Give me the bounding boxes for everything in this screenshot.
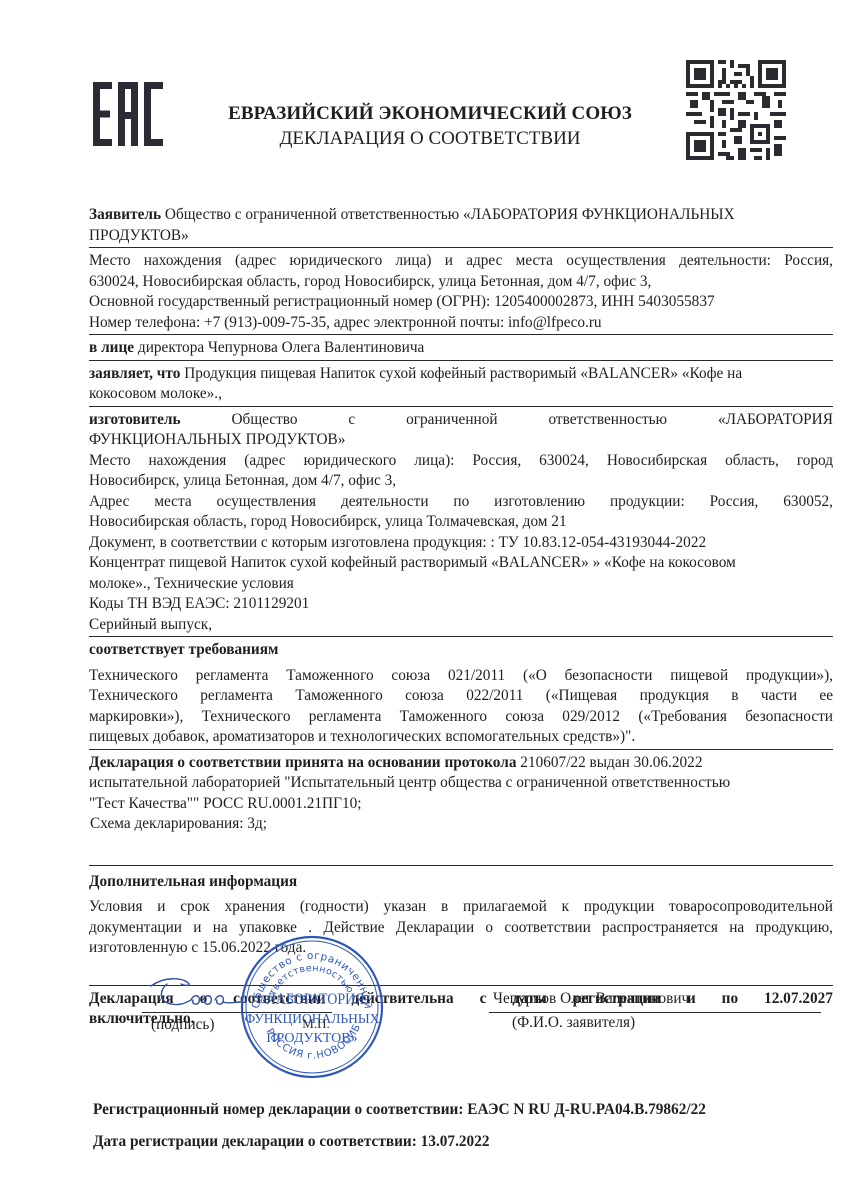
declares-section: заявляет, что Продукция пищевая Напиток … xyxy=(89,364,833,407)
manufacturer-word: с xyxy=(348,410,355,431)
compliance-line1: Технического регламента Таможенного союз… xyxy=(89,666,833,687)
registration-date-label: Дата регистрации декларации о соответств… xyxy=(93,1133,417,1150)
represented-by-text: директора Чепурнова Олега Валентиновича xyxy=(138,339,424,356)
represented-by-section: в лице директора Чепурнова Олега Валенти… xyxy=(89,338,833,361)
manufacturer-section: изготовитель Общество с ограниченной отв… xyxy=(89,410,833,638)
basis-line2: испытательной лабораторией "Испытательны… xyxy=(89,773,833,794)
manufacturing-document: Документ, в соответствии с которым изгот… xyxy=(89,533,833,554)
signature-caption: (подпись) xyxy=(151,1016,215,1034)
basis-line3: "Тест Качества"" РОСС RU.0001.21ПГ10; xyxy=(89,794,833,815)
declaration-scheme: Схема декларирования: 3д; xyxy=(89,814,833,835)
divider xyxy=(89,839,833,866)
signatory-name-caption: (Ф.И.О. заявителя) xyxy=(512,1014,635,1032)
handwritten-signature-icon xyxy=(147,972,247,1014)
basis-label: Декларация о соответствии принята на осн… xyxy=(89,754,516,771)
concentrate-line1: Концентрат пищевой Напиток сухой кофейны… xyxy=(89,553,833,574)
represented-by-label: в лице xyxy=(89,339,134,356)
applicant-address-section: Место нахождения (адрес юридического лиц… xyxy=(89,251,833,335)
svg-text:«ЛАБОРАТОРИЯ: «ЛАБОРАТОРИЯ xyxy=(259,991,364,1008)
applicant-contacts: Номер телефона: +7 (913)-009-75-35, адре… xyxy=(89,313,833,334)
additional-info-label: Дополнительная информация xyxy=(89,872,833,893)
tn-ved-codes: Коды ТН ВЭД ЕАЭС: 2101129201 xyxy=(89,594,833,615)
applicant-name-line2: ПРОДУКТОВ» xyxy=(89,226,833,247)
serial-release: Серийный выпуск, xyxy=(89,615,833,636)
registration-date-row: Дата регистрации декларации о соответств… xyxy=(93,1132,833,1152)
manufacturer-word: ответственностью xyxy=(548,410,667,431)
registration-number-value: ЕАЭС N RU Д-RU.PA04.B.79862/22 xyxy=(467,1101,706,1118)
manufacturer-label: изготовитель xyxy=(89,410,181,431)
registration-date-value: 13.07.2022 xyxy=(421,1133,490,1150)
manufacturer-word: ограниченной xyxy=(406,410,497,431)
document-title: ДЕКЛАРАЦИЯ О СООТВЕТСТВИИ xyxy=(200,126,660,152)
registration-footer: Регистрационный номер декларации о соотв… xyxy=(93,1100,833,1152)
signatory-name: Чепурнов Олег Валентинович xyxy=(493,990,689,1008)
declaration-page: ЕВРАЗИЙСКИЙ ЭКОНОМИЧЕСКИЙ СОЮЗ ДЕКЛАРАЦИ… xyxy=(0,0,848,1200)
signature-area: (подпись) Чепурнов Олег Валентинович (Ф.… xyxy=(89,960,833,1080)
manufacturer-word: «ЛАБОРАТОРИЯ xyxy=(718,410,833,431)
additional-info-section: Дополнительная информация Условия и срок… xyxy=(89,872,833,960)
additional-info-line3: изготовленную с 15.06.2022 года. xyxy=(89,938,833,959)
registration-number-row: Регистрационный номер декларации о соотв… xyxy=(93,1100,833,1120)
additional-info-line2: документации и на упаковке . Действие Де… xyxy=(89,918,833,939)
applicant-section: Заявитель Общество с ограниченной ответс… xyxy=(89,205,833,248)
basis-section: Декларация о соответствии принята на осн… xyxy=(89,753,833,836)
manufacturer-name-line2: ФУНКЦИОНАЛЬНЫХ ПРОДУКТОВ» xyxy=(89,430,833,451)
product-name-line2: кокосовом молоке»., xyxy=(89,384,833,405)
eac-logo-icon xyxy=(93,82,163,146)
protocol-info: 210607/22 выдан 30.06.2022 xyxy=(520,754,702,771)
manufacturer-word: Общество xyxy=(232,410,298,431)
compliance-line3: маркировки»), Технического регламента Та… xyxy=(89,707,833,728)
declaration-body: Заявитель Общество с ограниченной ответс… xyxy=(89,205,833,1030)
applicant-address-line2: 630024, Новосибирская область, город Нов… xyxy=(89,272,833,293)
fio-line xyxy=(489,1012,821,1013)
header-titles: ЕВРАЗИЙСКИЙ ЭКОНОМИЧЕСКИЙ СОЮЗ ДЕКЛАРАЦИ… xyxy=(200,102,660,152)
svg-text:ПРОДУКТОВ»: ПРОДУКТОВ» xyxy=(266,1031,357,1046)
declares-label: заявляет, что xyxy=(89,365,180,382)
compliance-heading-section: соответствует требованиям xyxy=(89,640,833,662)
compliance-line4: пищевых добавок, ароматизаторов и технол… xyxy=(89,727,833,748)
qr-code-icon[interactable] xyxy=(686,60,786,160)
production-address-line2: Новосибирская область, город Новосибирск… xyxy=(89,512,833,533)
registration-number-label: Регистрационный номер декларации о соотв… xyxy=(93,1101,463,1118)
additional-info-line1: Условия и срок хранения (годности) указа… xyxy=(89,897,833,918)
compliance-line2: Технического регламента Таможенного союз… xyxy=(89,686,833,707)
svg-text:М.П.: М.П. xyxy=(302,1016,329,1031)
applicant-ogrn-inn: Основной государственный регистрационный… xyxy=(89,292,833,313)
company-stamp-icon: Общество с ограниченной ответственностью… xyxy=(237,932,387,1082)
manufacturer-legal-address-line1: Место нахождения (адрес юридического лиц… xyxy=(89,451,833,472)
applicant-address-line1: Место нахождения (адрес юридического лиц… xyxy=(89,251,833,272)
concentrate-line2: молоке»., Технические условия xyxy=(89,574,833,595)
product-name-line1: Продукция пищевая Напиток сухой кофейный… xyxy=(184,365,742,382)
compliance-section: Технического регламента Таможенного союз… xyxy=(89,666,833,750)
production-address-line1: Адрес места осуществления деятельности п… xyxy=(89,492,833,513)
manufacturer-legal-address-line2: Новосибирск, улица Бетонная, дом 4/7, оф… xyxy=(89,471,833,492)
union-title: ЕВРАЗИЙСКИЙ ЭКОНОМИЧЕСКИЙ СОЮЗ xyxy=(200,102,660,126)
compliance-label: соответствует требованиям xyxy=(89,640,833,661)
applicant-name-line1: Общество с ограниченной ответственностью… xyxy=(165,206,735,223)
applicant-label: Заявитель xyxy=(89,206,161,223)
